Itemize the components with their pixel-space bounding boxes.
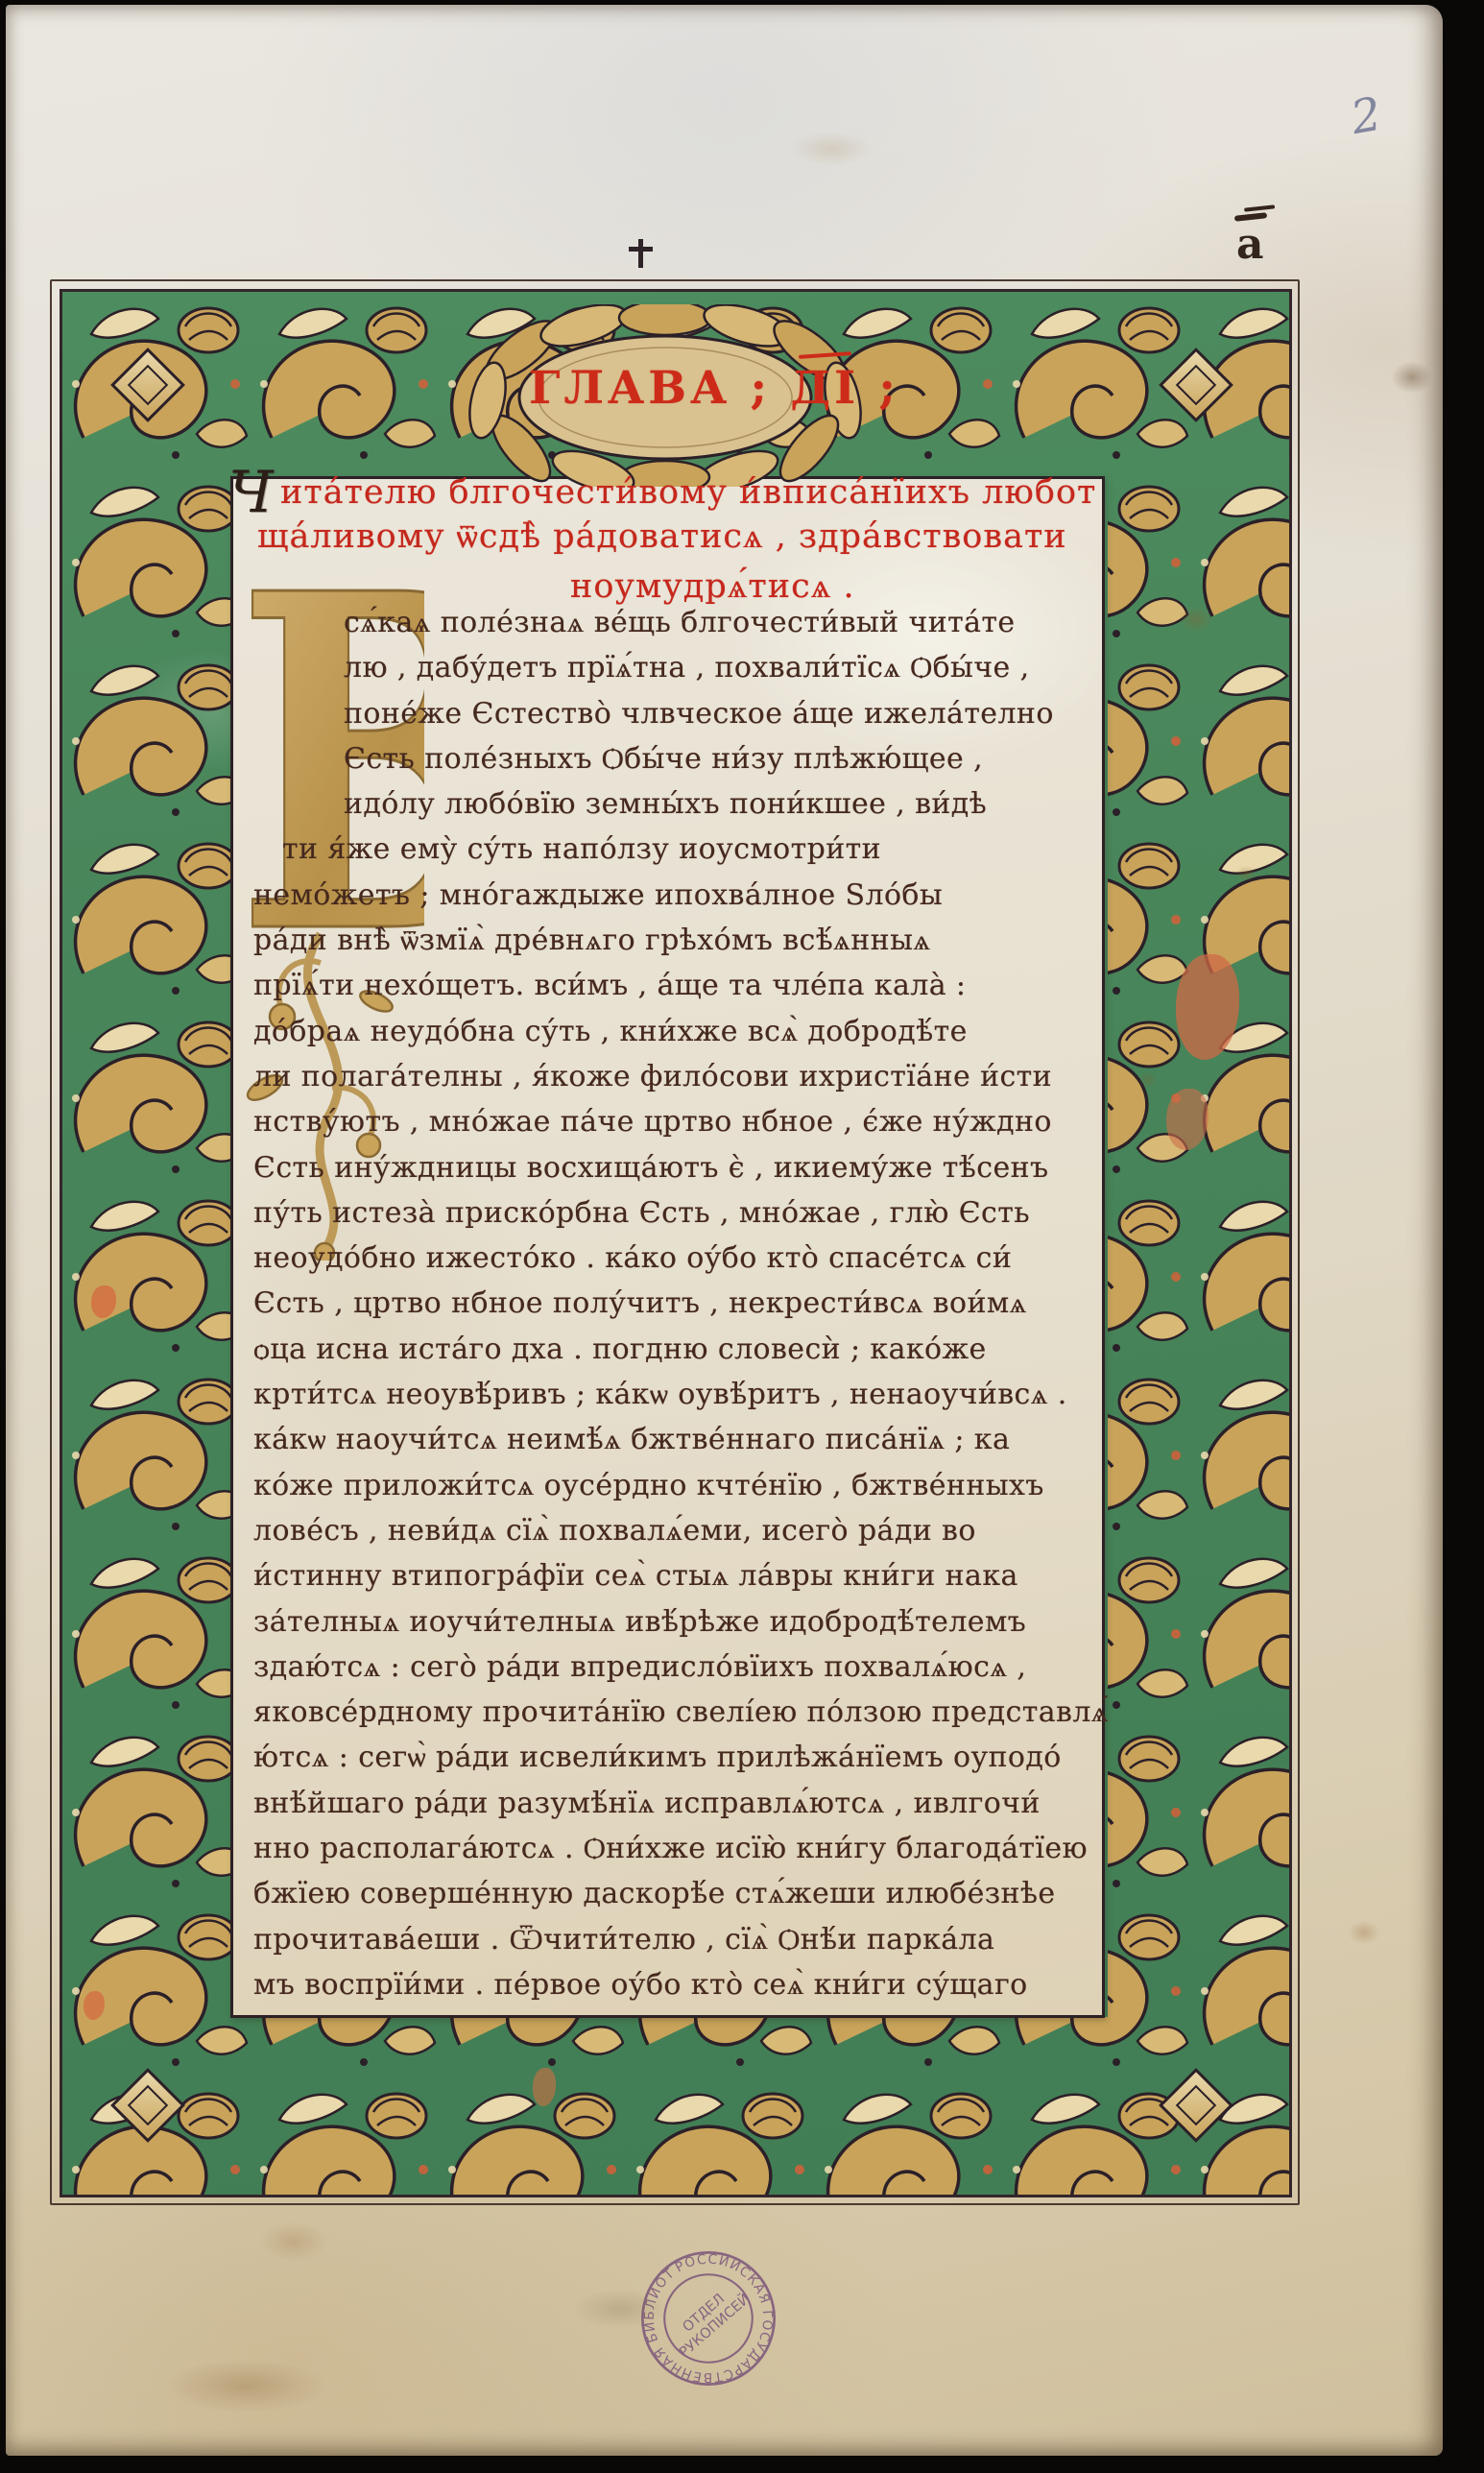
rubric-line-1: ита́телю блгочести́вому и́вписа́нїихъ лю… [280,473,1096,512]
body-line: ѻца исна иста́го дха . погдню словесѝ ; … [253,1327,1108,1372]
body-line: лю , дабу́детъ прїѧ́тна , похвали́тїсѧ Ѻ… [253,645,1108,690]
body-line: внѣ́йшаго ра́ди разумѣ́нїѧ исправлѧ́ютсѧ… [253,1781,1108,1826]
body-line: за́телныѧ иоучи́телныѧ ивѣ́рѣже идобродѣ… [253,1599,1108,1645]
stamp-ring-text: РОССИЙСКАЯ ГОСУДАРСТВЕННАЯ БИБЛИОТЕКА ✳ [570,2189,801,2432]
body-line: прїѧ́ти нехо́щетъ. вси́мъ , а́ще та чле́… [253,963,1108,1008]
parchment-page: 2 а [6,5,1443,2456]
pencil-page-number: 2 [1347,87,1385,145]
body-line: идо́лу любо́вїю земны́хъ пони́кшее , ви́… [253,781,1108,827]
body-line: Єсть поле́зныхъ Ѻбы́че ни́зу плѣжю́щее , [253,736,1108,781]
body-line: лове́съ , неви́дѧ сїѧ̀ похвалѧ́еми, исег… [253,1508,1108,1553]
body-line: крти́тсѧ неоувѣ́ривъ ; ка́кѡ оувѣ́ритъ ,… [253,1372,1108,1417]
body-line: ю́тсѧ : сегѡ̀ ра́ди исвели́кимъ прилѣжа́… [253,1735,1108,1780]
folio-mark: а [1236,224,1264,266]
body-line: Єсть ину́ждницы восхища́ютъ є̀ , икиему́… [253,1145,1108,1190]
library-stamp: РОССИЙСКАЯ ГОСУДАРСТВЕННАЯ БИБЛИОТЕКА ✳ … [570,2180,847,2457]
body-line: до́браѧ неудо́бна су́ть , кни́хже всѧ̀ д… [253,1009,1108,1054]
body-line: мъ воспрїи́ми . пе́рвое оу́бо кто̀ сеѧ̀ … [253,1962,1108,2007]
chapter-word: ГЛАВА ; [529,362,771,415]
body-text-block: сѧ́каѧ поле́знаѧ ве́щь блгочести́вый чит… [253,600,1108,2007]
chapter-numeral: ДІ [790,362,859,415]
body-line: Єсть , цртво нбное полу́читъ , некрести́… [253,1281,1108,1326]
border-band-bottom [233,2017,1108,2195]
body-line: бжїею соверше́нную даскорѣ́е стѧ́жеши ил… [253,1871,1108,1916]
body-line: пу́ть истеза̀ приско́рбна Єсть , мно́жае… [253,1190,1108,1236]
body-line: ко́же приложи́тсѧ оусе́рдно кчте́нїю , б… [253,1463,1108,1508]
chapter-title: ГЛАВА ; ДІ ; [529,362,817,415]
body-line: яковсе́рдному прочита́нїю свелі́ею по́лз… [253,1690,1108,1735]
body-line: сѧ́каѧ поле́знаѧ ве́щь блгочести́вый чит… [253,600,1108,645]
body-line: прочитава́еши . Ѿчити́телю , сїѧ̀ Ѻнѣ́и … [253,1917,1108,1962]
body-line: нству́ютъ , мно́жае па́че цртво нбное , … [253,1099,1108,1144]
body-line: ти я́же ему̀ су́ть напо́лзу иоусмотри́ти [253,827,1108,872]
body-line: и́стинну втипогра́фїи сеѧ̀ стыѧ ла́вры к… [253,1553,1108,1598]
body-line: ра́ди внѣ̀ ѿзмїѧ̀ дре́внѧго грѣхо́мъ всѣ… [253,918,1108,963]
rubric-initial-letter: Ч [228,464,273,521]
body-line: поне́же Єстество̀ члвческое а́ще ижела́т… [253,691,1108,736]
stamp-ring-text-holder: РОССИЙСКАЯ ГОСУДАРСТВЕННАЯ БИБЛИОТЕКА ✳ [570,2189,801,2432]
cross-icon [626,239,655,272]
body-line: здаю́тсѧ : сего̀ ра́ди впредисло́вїихъ п… [253,1645,1108,1690]
chapter-punct: ; [879,362,899,415]
body-line: ли полага́телны , я́коже фило́сови ихрис… [253,1054,1108,1099]
body-line: неоудо́бно ижесто́ко . ка́ко оу́бо кто̀ … [253,1236,1108,1281]
body-line: немо́жетъ ; мно́гаждыже ипохва́лное Ѕло́… [253,873,1108,918]
border-band-left [62,292,233,2195]
manuscript-scan: 2 а [0,0,1484,2473]
body-line: ка́кѡ наоучи́тсѧ неимѣ́ѧ бжтве́ннаго пис… [253,1417,1108,1462]
border-band-right [1108,292,1289,2195]
body-line: нно располага́ютсѧ . Ѻни́хже исїю̀ кни́г… [253,1826,1108,1871]
